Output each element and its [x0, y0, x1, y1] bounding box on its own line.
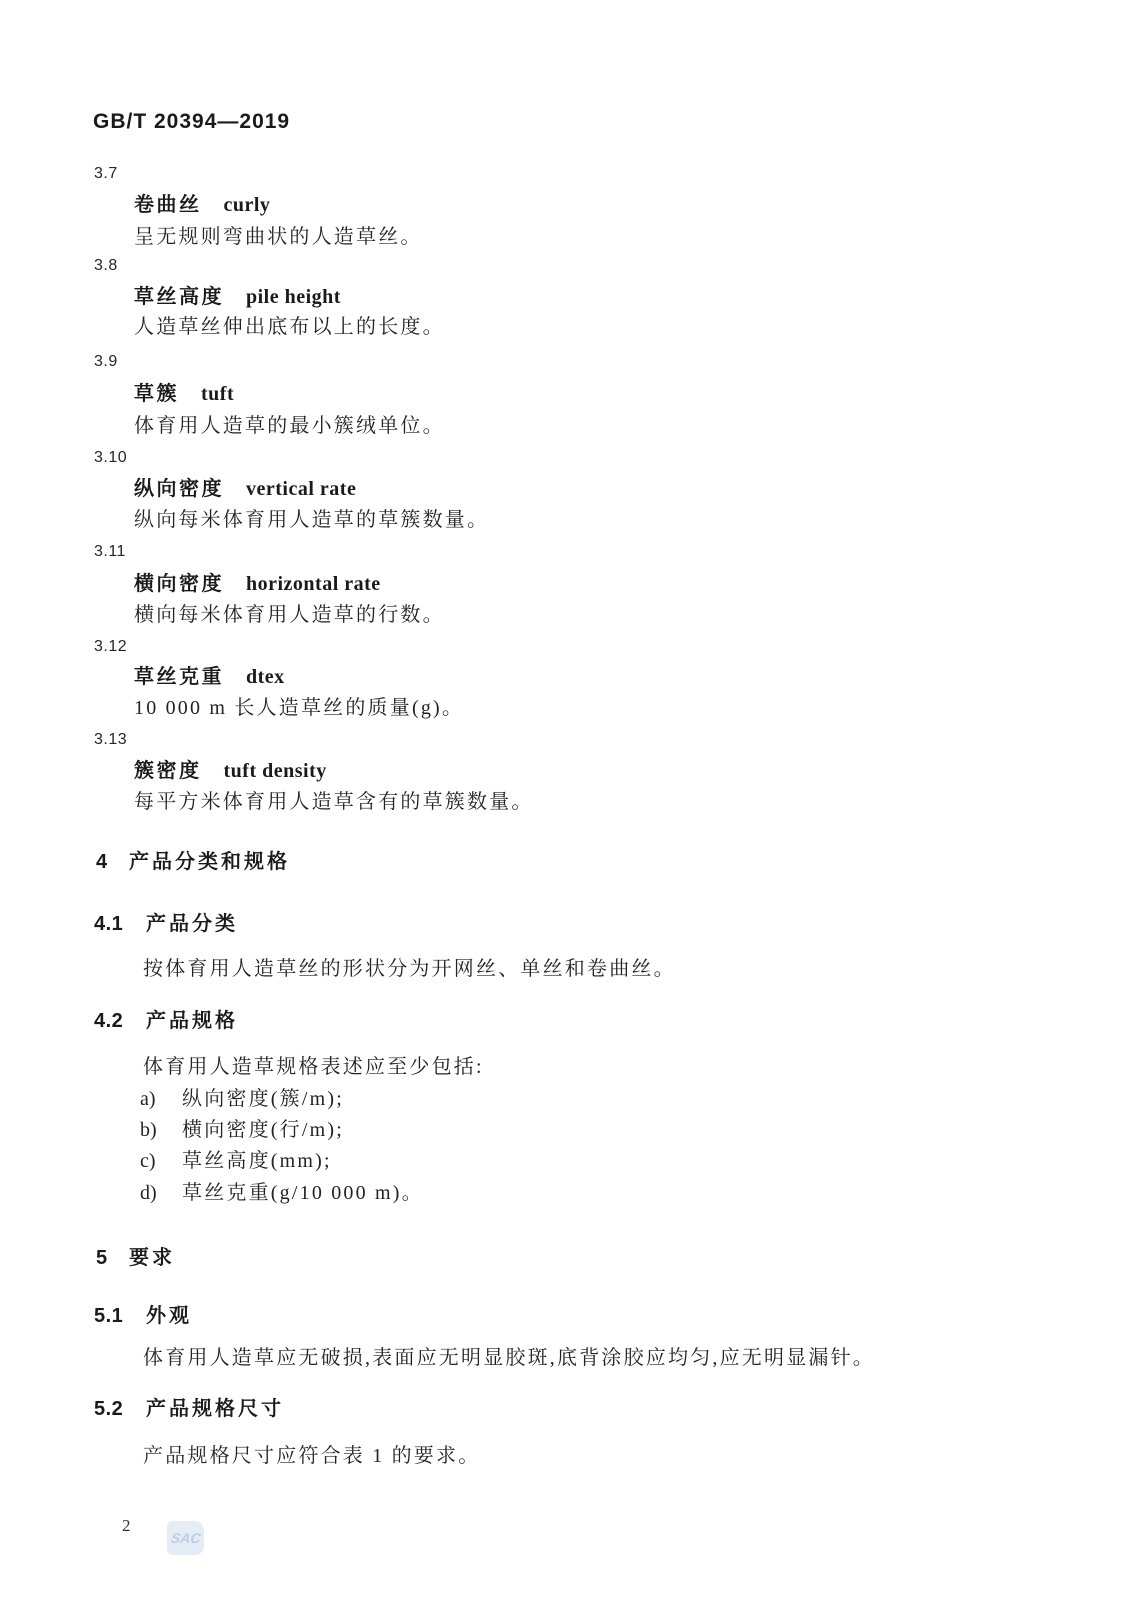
- sac-watermark-logo: SAC: [167, 1521, 204, 1555]
- list-item-label: b): [140, 1119, 182, 1142]
- clause-number: 4.2: [94, 1010, 146, 1033]
- term-en: tuft density: [224, 760, 327, 782]
- term-zh: 卷曲丝: [134, 194, 202, 216]
- term-line: 横向密度horizontal rate: [134, 573, 381, 596]
- clause-title: 产品分类: [146, 913, 238, 935]
- list-item: b)横向密度(行/m);: [140, 1119, 344, 1142]
- term-line: 草丝克重dtex: [134, 666, 285, 689]
- term-en: tuft: [201, 383, 234, 405]
- term-zh: 草丝克重: [134, 666, 224, 688]
- term-number: 3.12: [94, 638, 127, 656]
- term-definition: 呈无规则弯曲状的人造草丝。: [134, 226, 423, 249]
- clause-number: 5.2: [94, 1398, 146, 1421]
- list-item-label: a): [140, 1088, 182, 1111]
- clause-heading-5-1: 5.1外观: [94, 1305, 192, 1328]
- term-zh: 草簇: [134, 383, 179, 405]
- term-number: 3.13: [94, 731, 127, 749]
- term-number: 3.10: [94, 449, 127, 467]
- term-number: 3.11: [94, 543, 126, 561]
- clause-number: 4.1: [94, 913, 146, 936]
- term-definition: 纵向每米体育用人造草的草簇数量。: [134, 509, 489, 532]
- clause-heading-5: 5要求: [96, 1247, 175, 1270]
- term-zh: 簇密度: [134, 760, 202, 782]
- list-item-label: d): [140, 1182, 182, 1205]
- term-en: horizontal rate: [246, 573, 381, 595]
- clause-paragraph: 按体育用人造草丝的形状分为开网丝、单丝和卷曲丝。: [143, 958, 676, 981]
- clause-heading-4-2: 4.2产品规格: [94, 1010, 238, 1033]
- term-number: 3.8: [94, 257, 118, 275]
- clause-paragraph: 体育用人造草规格表述应至少包括:: [143, 1056, 484, 1079]
- clause-title: 要求: [129, 1247, 175, 1269]
- clause-title: 产品分类和规格: [129, 851, 290, 873]
- document-number-header: GB/T 20394—2019: [93, 110, 290, 134]
- clause-title: 产品规格: [146, 1010, 238, 1032]
- clause-number: 5: [96, 1247, 129, 1270]
- page-number: 2: [122, 1516, 131, 1536]
- term-en: pile height: [246, 286, 341, 308]
- term-line: 卷曲丝curly: [134, 194, 270, 217]
- list-item-label: c): [140, 1150, 182, 1173]
- term-definition: 每平方米体育用人造草含有的草簇数量。: [134, 791, 534, 814]
- term-definition: 10 000 m 长人造草丝的质量(g)。: [134, 697, 464, 720]
- term-en: curly: [224, 194, 271, 216]
- term-line: 草簇tuft: [134, 383, 234, 406]
- term-definition: 体育用人造草的最小簇绒单位。: [134, 415, 445, 438]
- list-item: c)草丝高度(mm);: [140, 1150, 332, 1173]
- term-line: 纵向密度vertical rate: [134, 478, 356, 501]
- term-definition: 横向每米体育用人造草的行数。: [134, 604, 445, 627]
- term-en: vertical rate: [246, 478, 356, 500]
- list-item-text: 纵向密度(簇/m);: [182, 1088, 344, 1110]
- term-zh: 纵向密度: [134, 478, 224, 500]
- list-item-text: 横向密度(行/m);: [182, 1119, 344, 1141]
- term-zh: 草丝高度: [134, 286, 224, 308]
- term-number: 3.9: [94, 353, 118, 371]
- list-item-text: 草丝克重(g/10 000 m)。: [182, 1182, 424, 1204]
- clause-number: 4: [96, 851, 129, 874]
- list-item-text: 草丝高度(mm);: [182, 1150, 332, 1172]
- term-line: 簇密度tuft density: [134, 760, 327, 783]
- document-page: GB/T 20394—2019 3.7 卷曲丝curly 呈无规则弯曲状的人造草…: [0, 0, 1132, 1607]
- clause-heading-4: 4产品分类和规格: [96, 851, 290, 874]
- term-line: 草丝高度pile height: [134, 286, 341, 309]
- list-item: a)纵向密度(簇/m);: [140, 1088, 344, 1111]
- clause-title: 产品规格尺寸: [146, 1398, 284, 1420]
- term-en: dtex: [246, 666, 285, 688]
- sac-watermark-text: SAC: [170, 1530, 202, 1546]
- term-number: 3.7: [94, 165, 118, 183]
- clause-heading-5-2: 5.2产品规格尺寸: [94, 1398, 284, 1421]
- clause-title: 外观: [146, 1305, 192, 1327]
- clause-paragraph: 产品规格尺寸应符合表 1 的要求。: [143, 1445, 480, 1468]
- list-item: d)草丝克重(g/10 000 m)。: [140, 1182, 424, 1205]
- term-zh: 横向密度: [134, 573, 224, 595]
- clause-paragraph: 体育用人造草应无破损,表面应无明显胶斑,底背涂胶应均匀,应无明显漏针。: [143, 1347, 875, 1370]
- clause-number: 5.1: [94, 1305, 146, 1328]
- term-definition: 人造草丝伸出底布以上的长度。: [134, 316, 445, 339]
- clause-heading-4-1: 4.1产品分类: [94, 913, 238, 936]
